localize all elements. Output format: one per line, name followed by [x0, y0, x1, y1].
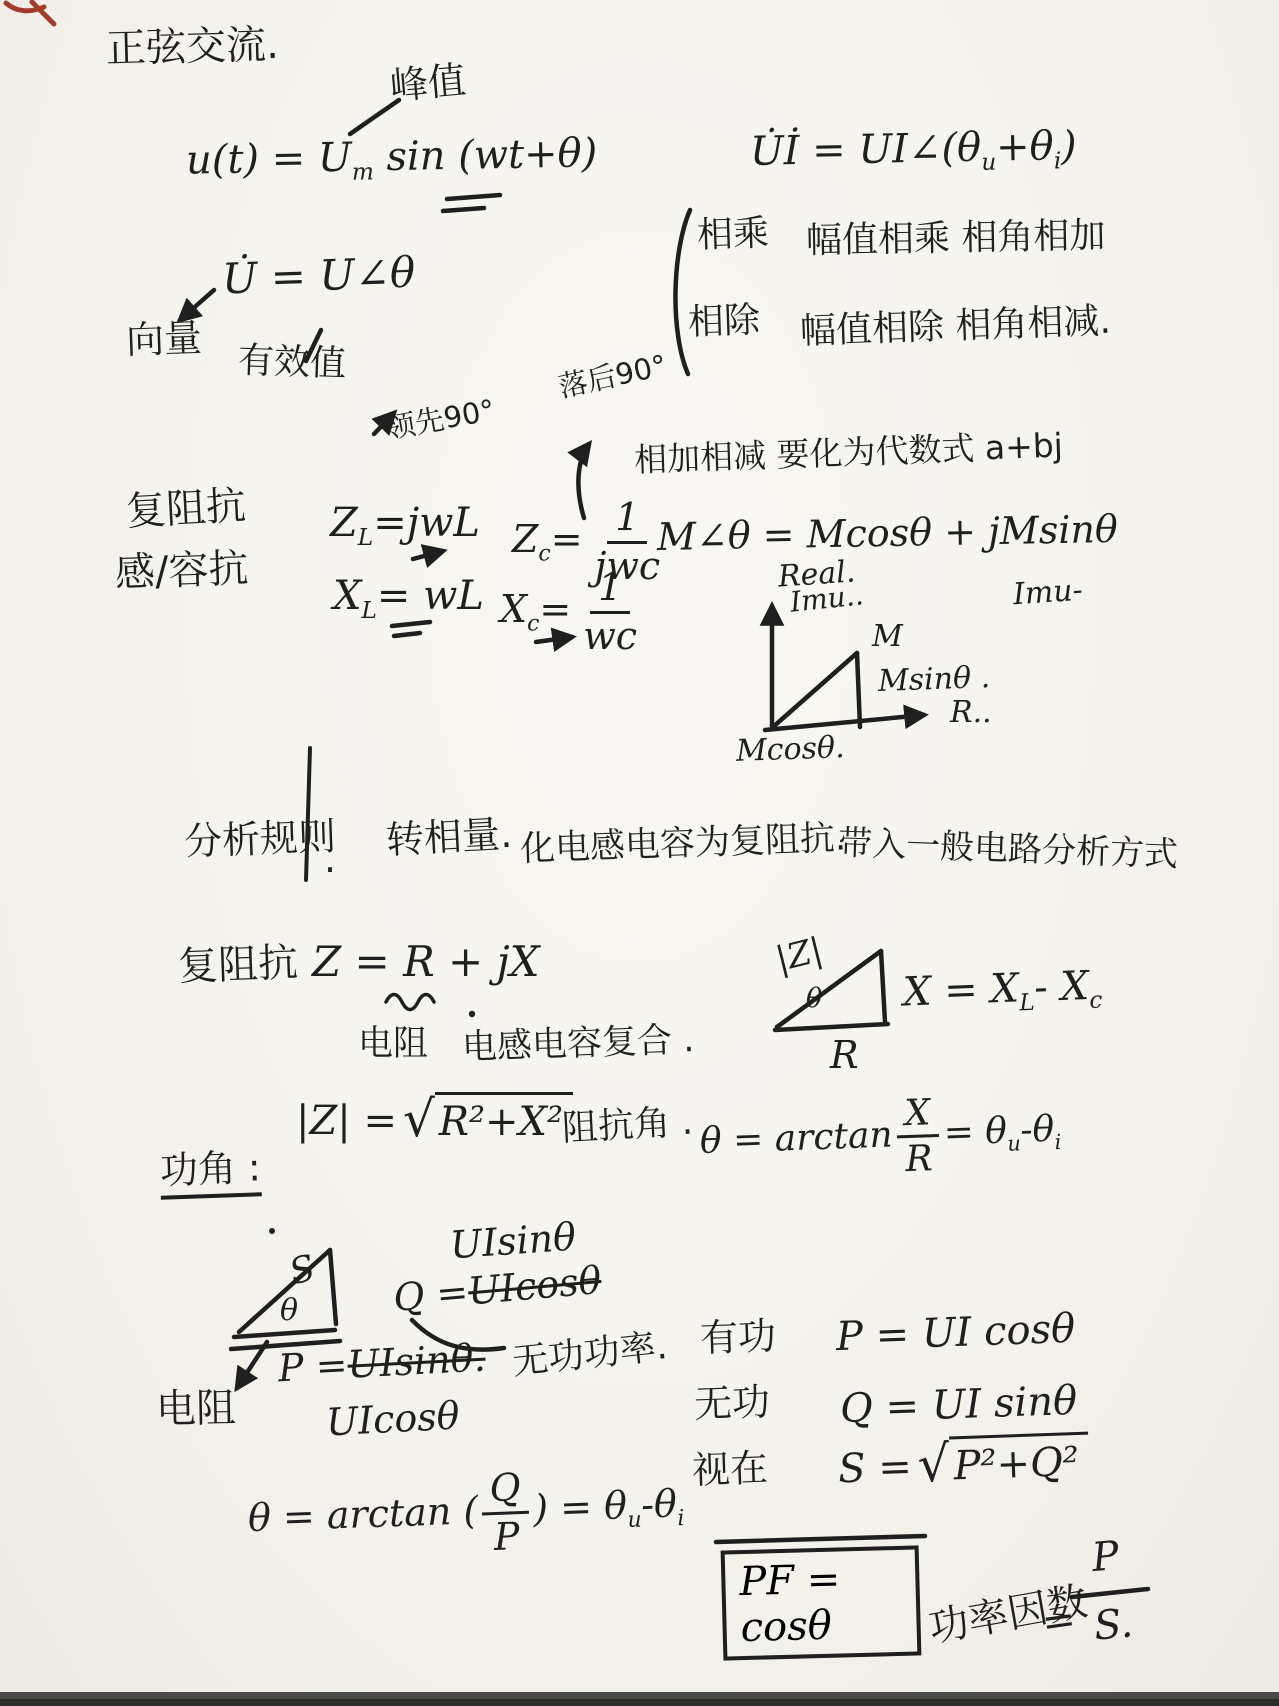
plane-vertical-side: [857, 653, 860, 727]
vector-label: 向量: [125, 317, 202, 363]
xl-formula: XL= wL: [333, 573, 484, 625]
complex-impedance-label: 复阻抗: [125, 483, 247, 535]
power-factor-denominator: S.: [1092, 1600, 1135, 1649]
impedance-formula: Z = R + jX: [312, 938, 540, 986]
emphasis-underline: [447, 195, 500, 199]
z-triangle-base: [775, 1024, 888, 1030]
impedance-angle-label: 阻抗角 .: [561, 1102, 694, 1150]
rules-bar: [306, 748, 310, 880]
radicand: R²+X²: [435, 1092, 573, 1145]
imag-label: Imu-: [1012, 574, 1084, 613]
impedance-magnitude-formula: |Z| =√R²+X²: [296, 1092, 573, 1145]
s-triangle-angle-label: θ: [280, 1294, 298, 1329]
q-equation-struck: Q =UIcosθ: [391, 1259, 603, 1321]
z-triangle-side: [881, 951, 885, 1022]
page-title: 正弦交流.: [105, 22, 279, 73]
active-power-formula: P = UI cosθ: [835, 1306, 1076, 1360]
mcos-label: Mcosθ.: [735, 731, 845, 769]
divide-rule: 幅值相除 相角相减.: [799, 301, 1111, 353]
xc-denominator: wc: [575, 614, 645, 659]
power-angle-formula: θ = arctan (QP) = θu-θi: [247, 1460, 686, 1568]
reactive-power-note: 无功功率.: [510, 1326, 669, 1383]
photo-edge: [0, 1692, 1279, 1700]
phasor-formula: U̇ = U∠θ: [221, 249, 416, 304]
angle-tail: = θu-θi: [943, 1109, 1062, 1154]
radical-sign: √: [917, 1438, 951, 1489]
im-axis-label: Imu..: [789, 579, 865, 619]
power-angle-fraction: QP: [481, 1466, 531, 1560]
p-correction: UIcosθ: [325, 1395, 461, 1446]
impedance-angle-formula: θ = arctanXR= θu-θi: [699, 1088, 1063, 1188]
rms-label: 有效值: [237, 340, 346, 385]
peak-label: 峰值: [388, 59, 468, 109]
angle-denominator: R: [897, 1137, 942, 1181]
rules-dot: .: [324, 838, 336, 882]
rules-step-1: 转相量.: [385, 813, 513, 863]
power-factor-box: PF = cosθ: [721, 1545, 922, 1660]
re-axis-label: R..: [950, 696, 992, 731]
radical-sign: √: [403, 1094, 435, 1144]
plane-hypotenuse: [773, 653, 857, 727]
emphasis-underline: [443, 208, 484, 211]
pf-box-topline: [716, 1536, 925, 1542]
apparent-power-formula: S =√P²+Q²: [837, 1432, 1090, 1494]
z-triangle-angle-label: θ: [806, 983, 822, 1014]
reactance-difference-formula: X = XL- Xc: [902, 963, 1103, 1022]
z-triangle-base-label: R: [830, 1034, 859, 1078]
wavy-underline: [386, 995, 434, 1010]
apparent-lhs: S =: [837, 1444, 912, 1493]
zc-lhs: Zc=: [512, 517, 583, 561]
corner-mark: [6, 3, 44, 11]
z-triangle-hyp-label: |Z|: [772, 931, 827, 980]
rules-step-2: 化电感电容为复阻抗.: [519, 818, 846, 870]
re-axis: [765, 715, 924, 730]
zc-numerator: 1: [607, 496, 647, 544]
power-angle-tail: ) = θu-θi: [533, 1481, 685, 1530]
multiply-rule: 幅值相乘 相角相加: [806, 215, 1106, 262]
power-factor-numerator: P: [1090, 1533, 1121, 1581]
s-triangle-hyp-label: S: [285, 1248, 319, 1294]
xc-numerator: 1: [590, 566, 630, 614]
rules-heading: 分析规则: [183, 815, 336, 864]
power-angle-heading: 功角 :: [159, 1146, 262, 1199]
p-equation-struck: P =UIsinθ.: [277, 1337, 487, 1391]
power-angle-lhs: θ = arctan (: [247, 1488, 479, 1540]
angle-fraction: XR: [895, 1092, 941, 1181]
lead-90-label: 领先90°: [384, 394, 498, 446]
apparent-power-label: 视在: [691, 1447, 768, 1493]
photo-edge: [0, 1699, 1279, 1706]
notebook-page: 正弦交流. 峰值 u(t) = Um sin (wt+θ) U̇İ = UI∠(…: [0, 0, 1279, 1706]
resistor-label: 电阻: [156, 1385, 237, 1432]
multiply-label: 相乘: [696, 213, 769, 257]
stray-dot: [269, 1228, 275, 1234]
reactive-power-formula: Q = UI sinθ: [839, 1378, 1078, 1432]
magnitude-radical: √R²+X²: [403, 1092, 573, 1145]
xl-underline: [394, 633, 420, 636]
lag-90-label: 落后90°: [556, 349, 670, 404]
active-power-label: 有功: [699, 1315, 776, 1361]
reactive-power-label: 无功: [693, 1381, 770, 1427]
xc-lhs: Xc=: [500, 587, 571, 631]
power-factor-formula: PF = cosθ: [739, 1555, 917, 1652]
power-angle-denominator: P: [485, 1514, 528, 1560]
magnitude-label: M: [872, 620, 903, 655]
divide-label: 相除: [687, 300, 760, 344]
angle-lhs: θ = arctan: [699, 1114, 893, 1162]
reactance-composite-label: 电感电容复合 .: [461, 1020, 695, 1068]
xc-formula: Xc=1wc: [500, 566, 649, 658]
s-triangle-base: [234, 1330, 335, 1337]
q-correction: UIsinθ: [449, 1216, 578, 1268]
zl-formula: ZL=jwL: [330, 500, 480, 552]
angle-numerator: X: [896, 1092, 939, 1139]
rules-step-3: 带入一般电路分析方式: [837, 824, 1178, 875]
algebraic-note: 相加相减 要化为代数式 a+bj: [633, 427, 1063, 480]
jx-dot: [469, 1011, 475, 1017]
msin-label: Msinθ .: [877, 661, 990, 699]
radicand: P²+Q²: [949, 1432, 1090, 1490]
resistance-label: 电阻: [358, 1024, 428, 1064]
instantaneous-formula: u(t) = Um sin (wt+θ): [186, 130, 598, 189]
apparent-radical: √P²+Q²: [917, 1432, 1090, 1491]
impedance-label: 复阻抗: [177, 940, 299, 990]
power-factor-equals: =: [1039, 1596, 1079, 1646]
power-angle-numerator: Q: [481, 1466, 530, 1515]
zl-underline-arrow: [413, 551, 443, 559]
rules-brace: [675, 210, 690, 374]
magnitude-lhs: |Z| =: [296, 1098, 397, 1144]
resistor-arrow: [237, 1342, 267, 1388]
phasor-product-formula: U̇İ = UI∠(θu+θi): [750, 123, 1078, 180]
xc-fraction: 1wc: [575, 566, 645, 658]
s-triangle-side: [330, 1250, 336, 1324]
reactance-type-label: 感/容抗: [114, 546, 249, 597]
polar-identity-formula: M∠θ = Mcosθ + jMsinθ: [657, 508, 1118, 560]
corner-mark: [32, 2, 54, 24]
